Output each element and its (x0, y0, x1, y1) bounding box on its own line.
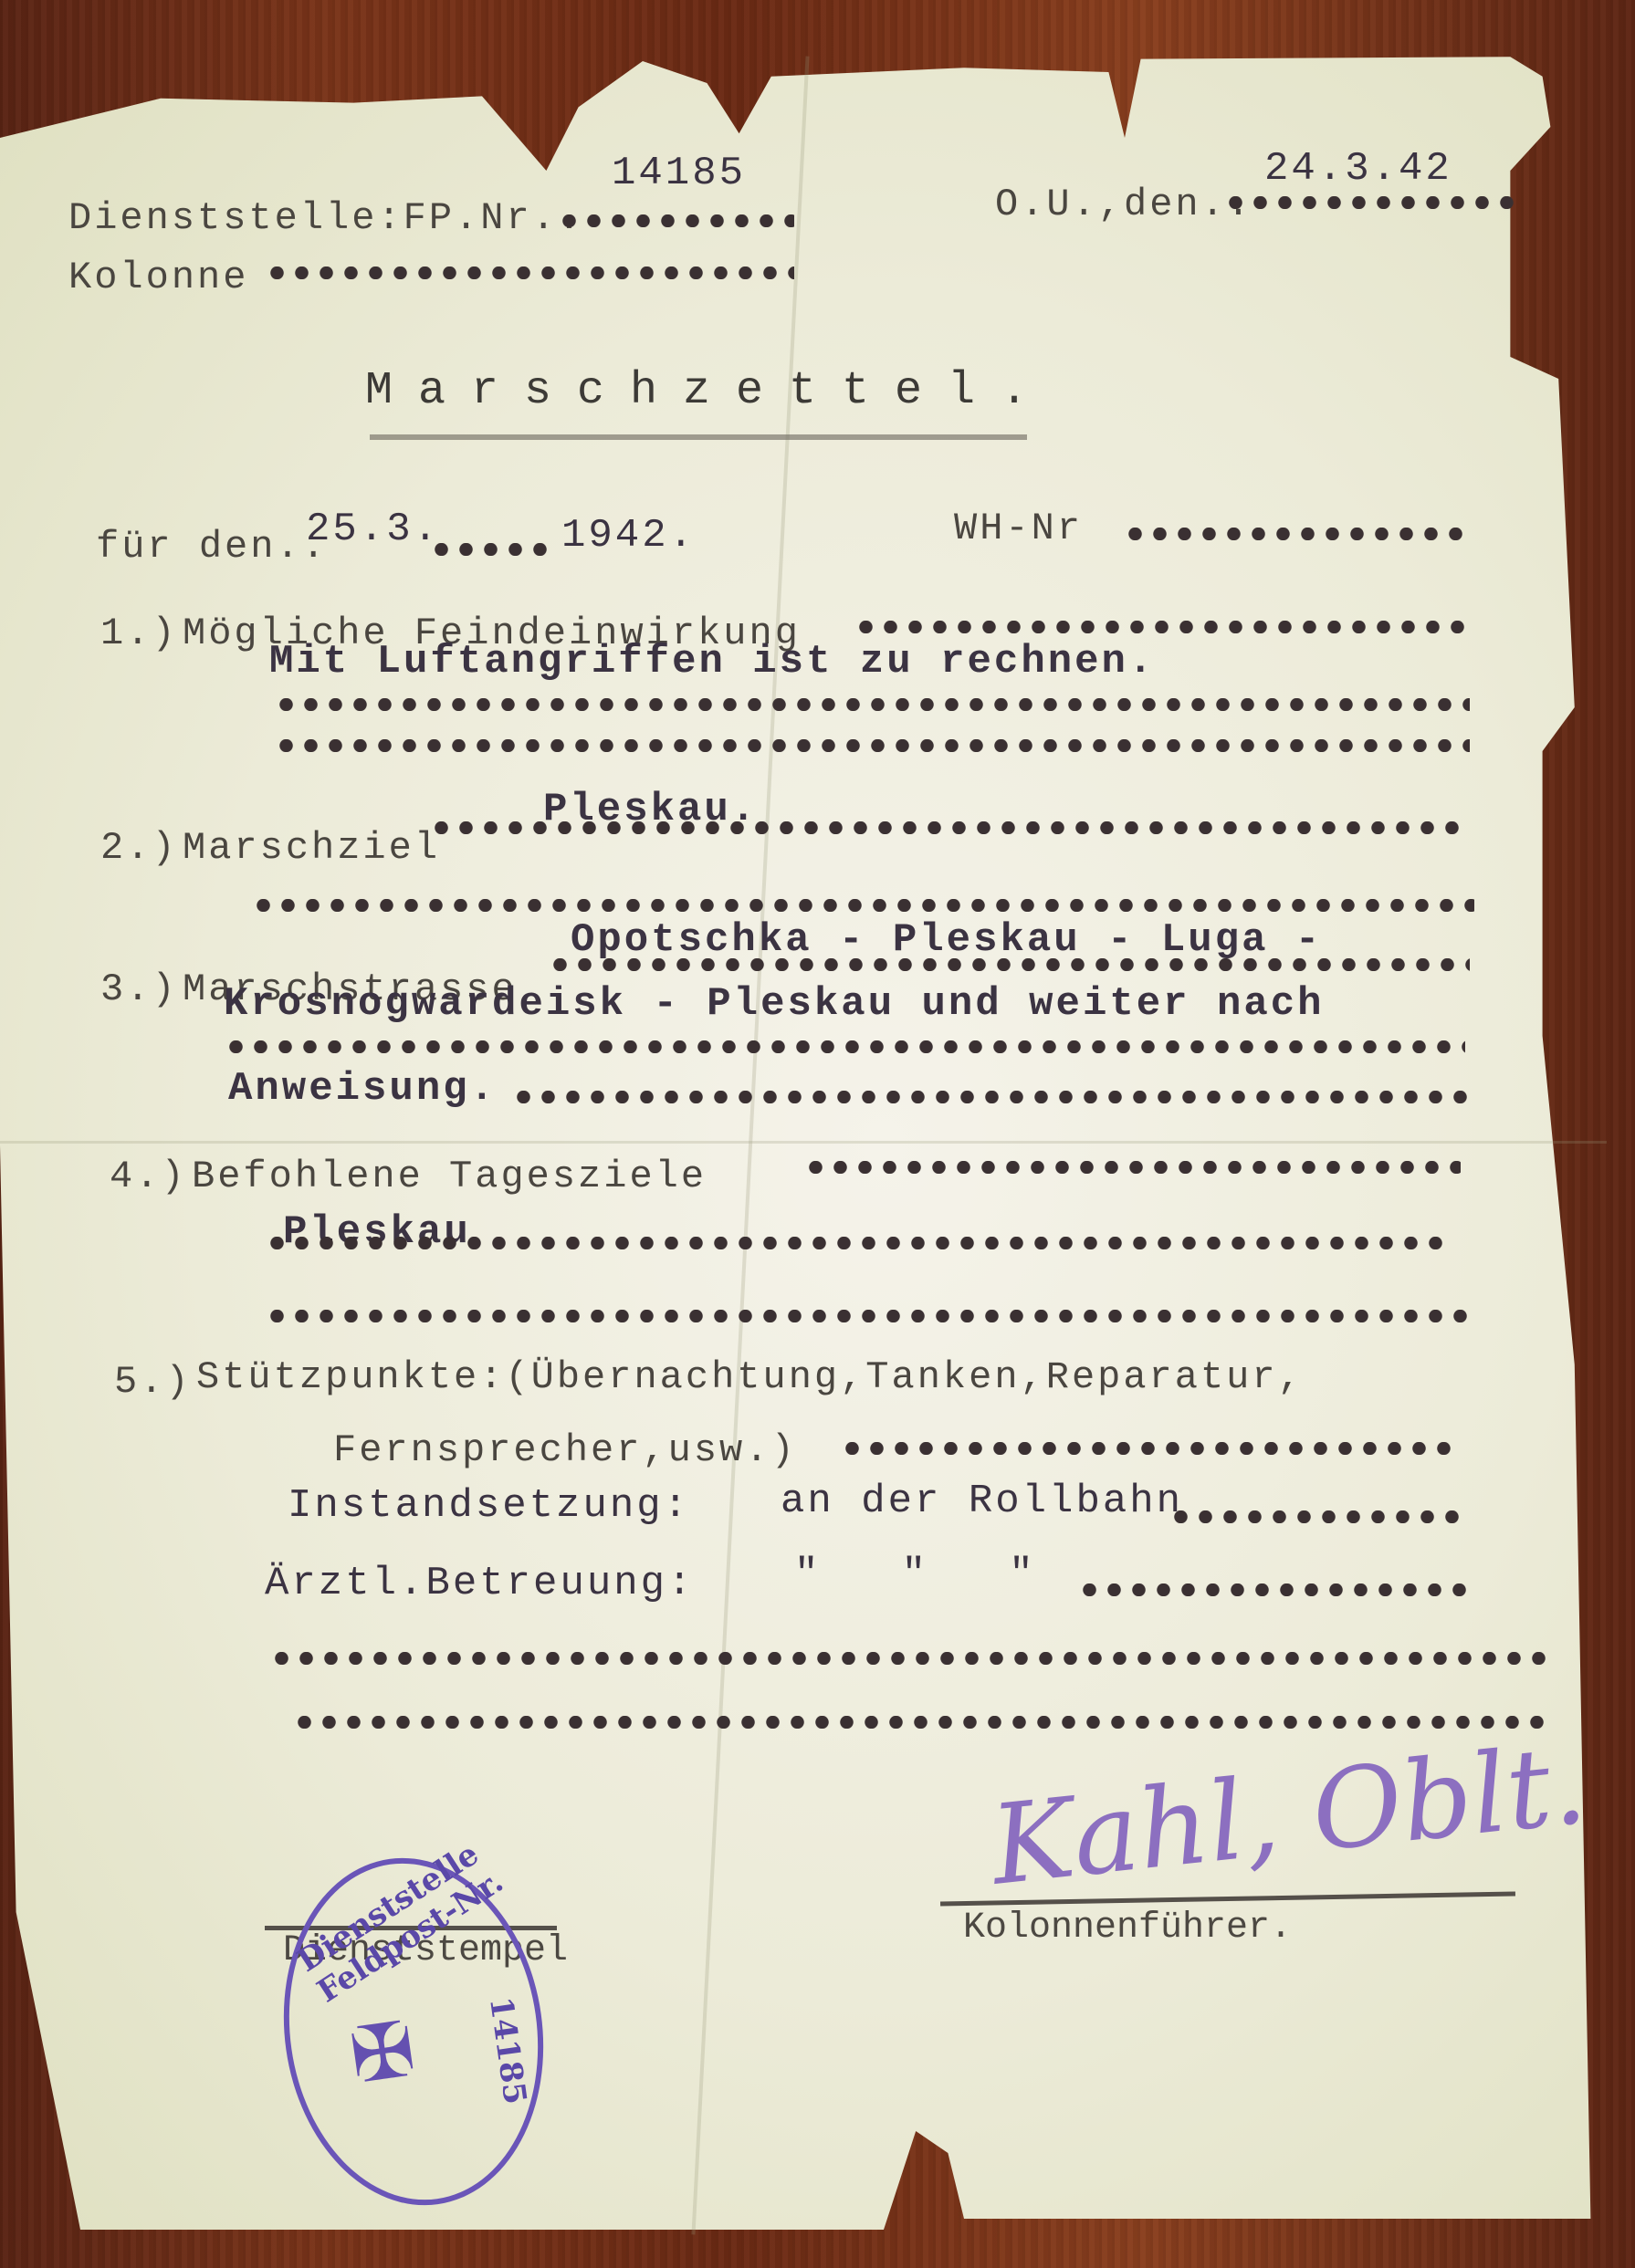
dotted-line (557, 214, 794, 227)
dotted-line (1077, 1583, 1470, 1596)
dotted-line (1223, 196, 1515, 209)
item-3-number: 3.) (100, 967, 178, 1011)
item-2-label: Marschziel (183, 826, 440, 870)
paper-crease (0, 1141, 1607, 1144)
item-5-number: 5.) (114, 1360, 192, 1404)
dotted-line (269, 1652, 1547, 1665)
page-title: Marschzettel. (365, 365, 1053, 417)
instandsetzung-value: an der Rollbahn (781, 1479, 1183, 1524)
dotted-line (274, 739, 1470, 752)
dotted-line (429, 543, 557, 556)
dotted-line (224, 1040, 1465, 1053)
kolonne-label: Kolonne (68, 256, 248, 299)
arzt-value-ditto: " " " (794, 1552, 1036, 1597)
dotted-line (854, 621, 1465, 633)
item-4-number: 4.) (110, 1155, 187, 1198)
dotted-line (1169, 1510, 1470, 1523)
dotted-line (840, 1442, 1461, 1455)
item-1-value: Mit Luftangriffen ist zu rechnen. (269, 639, 1155, 685)
dotted-line (1123, 528, 1470, 540)
dotted-line (429, 821, 1470, 834)
signer-caption: Kolonnenführer. (963, 1907, 1292, 1949)
item-3-value-line-3: Anweisung. (228, 1066, 497, 1112)
fp-number: 14185 (612, 151, 746, 196)
ort-datum-label: O.U.,den.. (995, 183, 1252, 226)
fuer-day: 25.3. (306, 507, 440, 552)
item-3-value-line-1: Opotschka - Pleskau - Luga - (571, 917, 1322, 963)
instandsetzung-label: Instandsetzung: (288, 1483, 690, 1529)
dotted-line (265, 267, 794, 279)
header-date: 24.3.42 (1264, 146, 1452, 192)
item-2-number: 2.) (100, 826, 178, 870)
item-4-label: Befohlene Tagesziele (192, 1155, 707, 1198)
dotted-line (274, 698, 1470, 711)
dotted-line (265, 1310, 1470, 1322)
item-1-number: 1.) (100, 611, 178, 655)
wh-nr-label: WH-Nr (954, 507, 1083, 550)
item-3-value-line-2: Krosnogwardeisk - Pleskau und weiter nac… (224, 981, 1325, 1027)
title-underline (370, 434, 1027, 440)
item-5-label: Stützpunkte:(Übernachtung,Tanken,Reparat… (196, 1355, 1304, 1399)
dotted-line (511, 1091, 1470, 1103)
dotted-line (548, 958, 1470, 971)
item-5-label-cont: Fernsprecher,usw.) (333, 1428, 797, 1472)
dotted-line (292, 1716, 1552, 1729)
dotted-line (265, 1237, 1452, 1249)
dienststelle-label: Dienststelle:FP.Nr.. (68, 196, 583, 240)
dotted-line (803, 1161, 1461, 1174)
fuer-year: 1942. (561, 513, 696, 559)
fuer-den-label: für den.. (96, 525, 328, 569)
eagle-emblem-icon: ✠ (343, 1982, 421, 2114)
arzt-label: Ärztl.Betreuung: (265, 1561, 694, 1606)
dotted-line (251, 899, 1474, 912)
stamp-number: 14185 (482, 1995, 533, 2107)
